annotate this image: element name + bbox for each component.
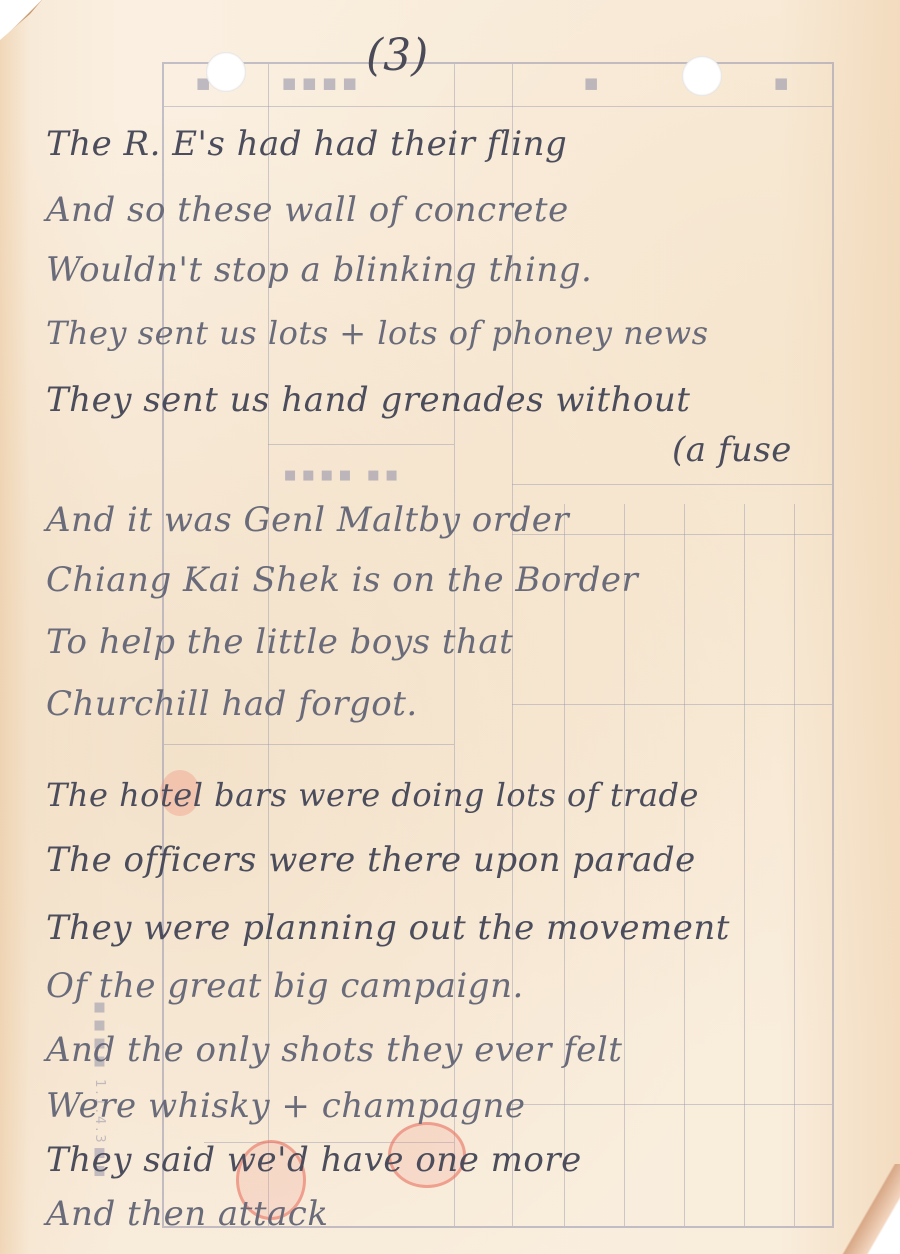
form-column-line — [794, 504, 795, 1226]
form-column-line — [744, 504, 745, 1226]
poem-line-2: And so these wall of concrete — [46, 190, 569, 230]
punch-hole-right — [682, 56, 722, 96]
form-mid-label: ■■■■ ■■ — [284, 468, 404, 483]
poem-line-4: They sent us lots + lots of phoney news — [46, 314, 709, 352]
poem-line-9: To help the little boys that — [46, 622, 513, 662]
poem-line-11: The hotel bars were doing lots of trade — [46, 776, 699, 814]
poem-line-3: Wouldn't stop a blinking thing. — [46, 250, 592, 290]
paper-page: ■■ ■■■■ ■ ■ ■■■■ ■■ ■■■■ 1.1.4.3■■ (3) T… — [0, 0, 900, 1254]
form-row-line — [268, 444, 454, 445]
poem-line-6: (a fuse — [672, 430, 792, 470]
form-row-line — [512, 1104, 832, 1105]
poem-line-17: They said we'd have one more — [46, 1140, 582, 1180]
poem-line-16: Were whisky + champagne — [46, 1086, 525, 1126]
form-row-line — [512, 484, 832, 485]
form-header-right-a: ■ — [584, 74, 604, 92]
poem-line-15: And the only shots they ever felt — [46, 1030, 622, 1070]
poem-line-18: And then attack — [46, 1194, 328, 1234]
poem-line-1: The R. E's had had their fling — [46, 124, 567, 164]
form-row-line — [512, 704, 832, 705]
page-number: (3) — [366, 30, 428, 81]
poem-line-13: They were planning out the movement — [46, 908, 730, 948]
poem-line-5: They sent us hand grenades without — [46, 380, 690, 420]
form-row-line — [164, 106, 832, 107]
punch-hole-left — [206, 52, 246, 92]
poem-line-8: Chiang Kai Shek is on the Border — [46, 560, 638, 600]
form-header-right-b: ■ — [774, 74, 794, 92]
poem-line-10: Churchill had forgot. — [46, 684, 418, 724]
poem-line-7: And it was Genl Maltby order — [46, 500, 569, 540]
poem-line-12: The officers were there upon parade — [46, 840, 696, 880]
form-header-mid: ■■■■ — [282, 74, 363, 92]
form-row-line — [164, 744, 454, 745]
torn-corner-bottom-right — [840, 1164, 900, 1254]
poem-line-14: Of the great big campaign. — [46, 966, 524, 1006]
